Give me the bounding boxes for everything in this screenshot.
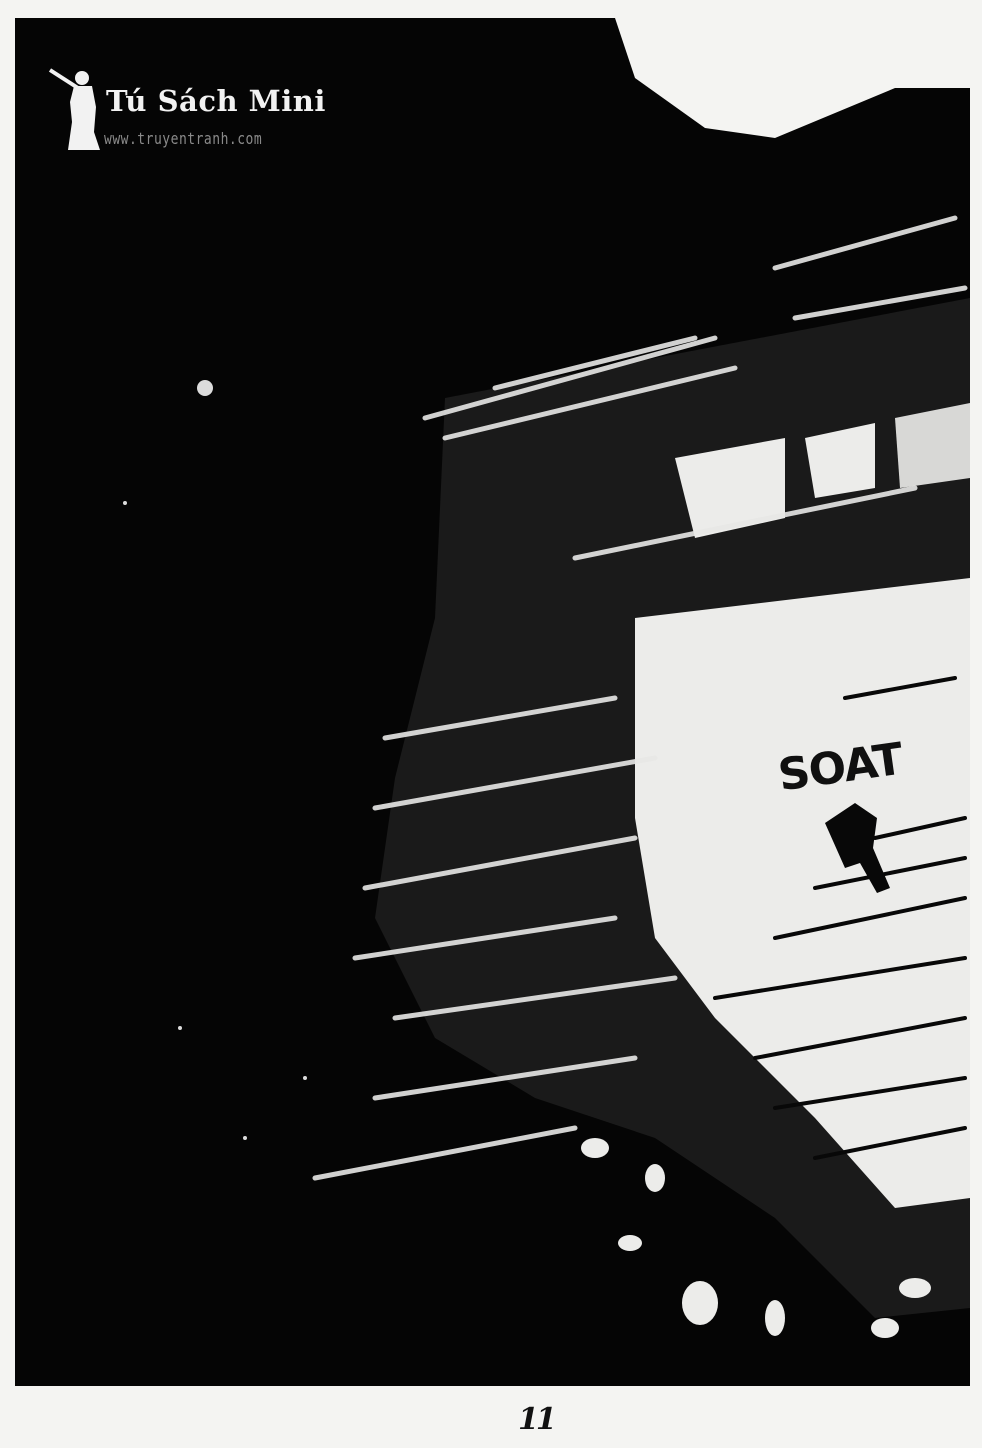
page-number: 11	[518, 1402, 554, 1437]
comic-page: Tú Sách Mini www.truyentranh.com SOAT 11	[0, 0, 982, 1448]
watermark-url: www.truyentranh.com	[104, 130, 262, 149]
building-illustration	[15, 18, 970, 1386]
watermark-logo: Tú Sách Mini www.truyentranh.com	[48, 62, 328, 162]
watermark-title: Tú Sách Mini	[106, 84, 326, 118]
comic-panel	[15, 18, 970, 1386]
swordsman-silhouette-icon	[48, 62, 104, 157]
